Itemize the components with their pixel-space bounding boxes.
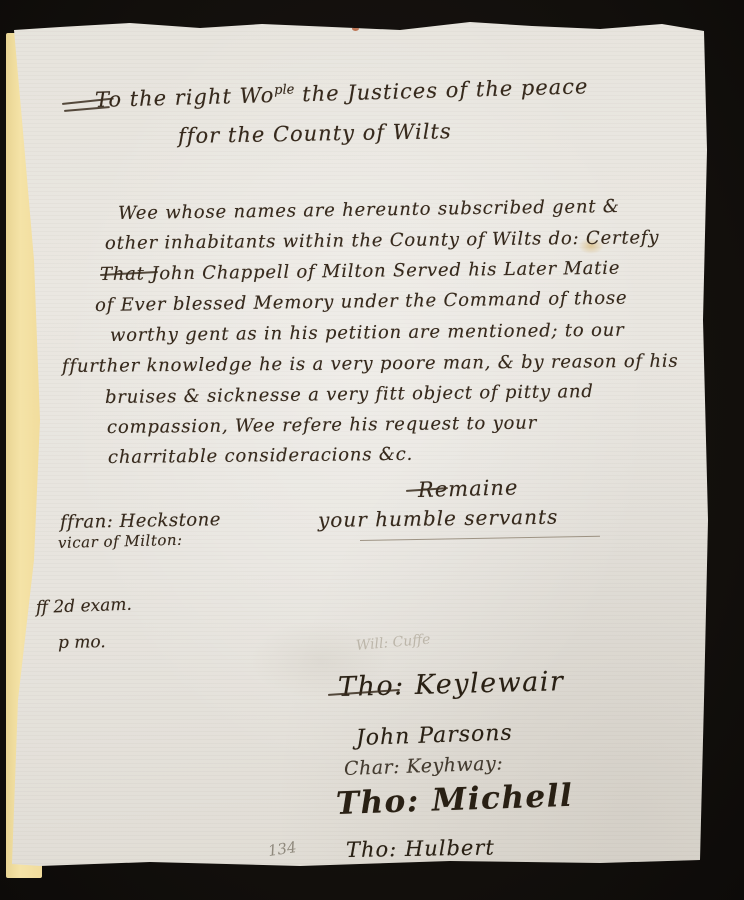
body-line: bruises & sicknesse a very fitt object o… xyxy=(105,381,594,408)
margin-note-exam: ff 2d exam. xyxy=(36,595,132,618)
heading-line-1: To the right Wople the Justices of the p… xyxy=(95,74,589,112)
signature: Tho: Michell xyxy=(335,778,573,822)
body-line: charritable consideracions &c. xyxy=(108,444,413,468)
attestor-name: ffran: Heckstone xyxy=(60,509,221,533)
signature: John Parsons xyxy=(356,721,514,751)
closing-servants: your humble servants xyxy=(318,505,559,532)
body-line: other inhabitants within the County of W… xyxy=(105,227,660,254)
heading-line-2: ffor the County of Wilts xyxy=(178,119,452,148)
pencil-page-number: 134 xyxy=(267,838,298,860)
body-line: ffurther knowledge he is a very poore ma… xyxy=(62,351,679,377)
servants-underline xyxy=(360,536,600,541)
signature: Char: Keyhway: xyxy=(344,752,504,780)
heading-superscript: ple xyxy=(274,82,295,98)
signature: Tho: Keylewair xyxy=(338,666,565,703)
body-line: of Ever blessed Memory under the Command… xyxy=(95,288,628,316)
signature: Tho: Hulbert xyxy=(346,835,495,862)
body-line: Wee whose names are hereunto subscribed … xyxy=(118,196,620,224)
body-line: compassion, Wee refere his request to yo… xyxy=(107,412,537,438)
manuscript-paper: To the right Wople the Justices of the p… xyxy=(0,0,744,900)
body-line: That John Chappell of Milton Served his … xyxy=(100,258,621,285)
manuscript-photograph: To the right Wople the Justices of the p… xyxy=(0,0,744,900)
heading-line1-pre: To the right Wo xyxy=(95,83,275,112)
body-line: worthy gent as in his petition are menti… xyxy=(110,320,625,346)
heading-line1-post: the Justices of the peace xyxy=(294,74,589,106)
attestor-title: vicar of Milton: xyxy=(58,531,183,552)
margin-note-pmo: p mo. xyxy=(58,632,106,653)
red-fleck xyxy=(352,26,359,31)
